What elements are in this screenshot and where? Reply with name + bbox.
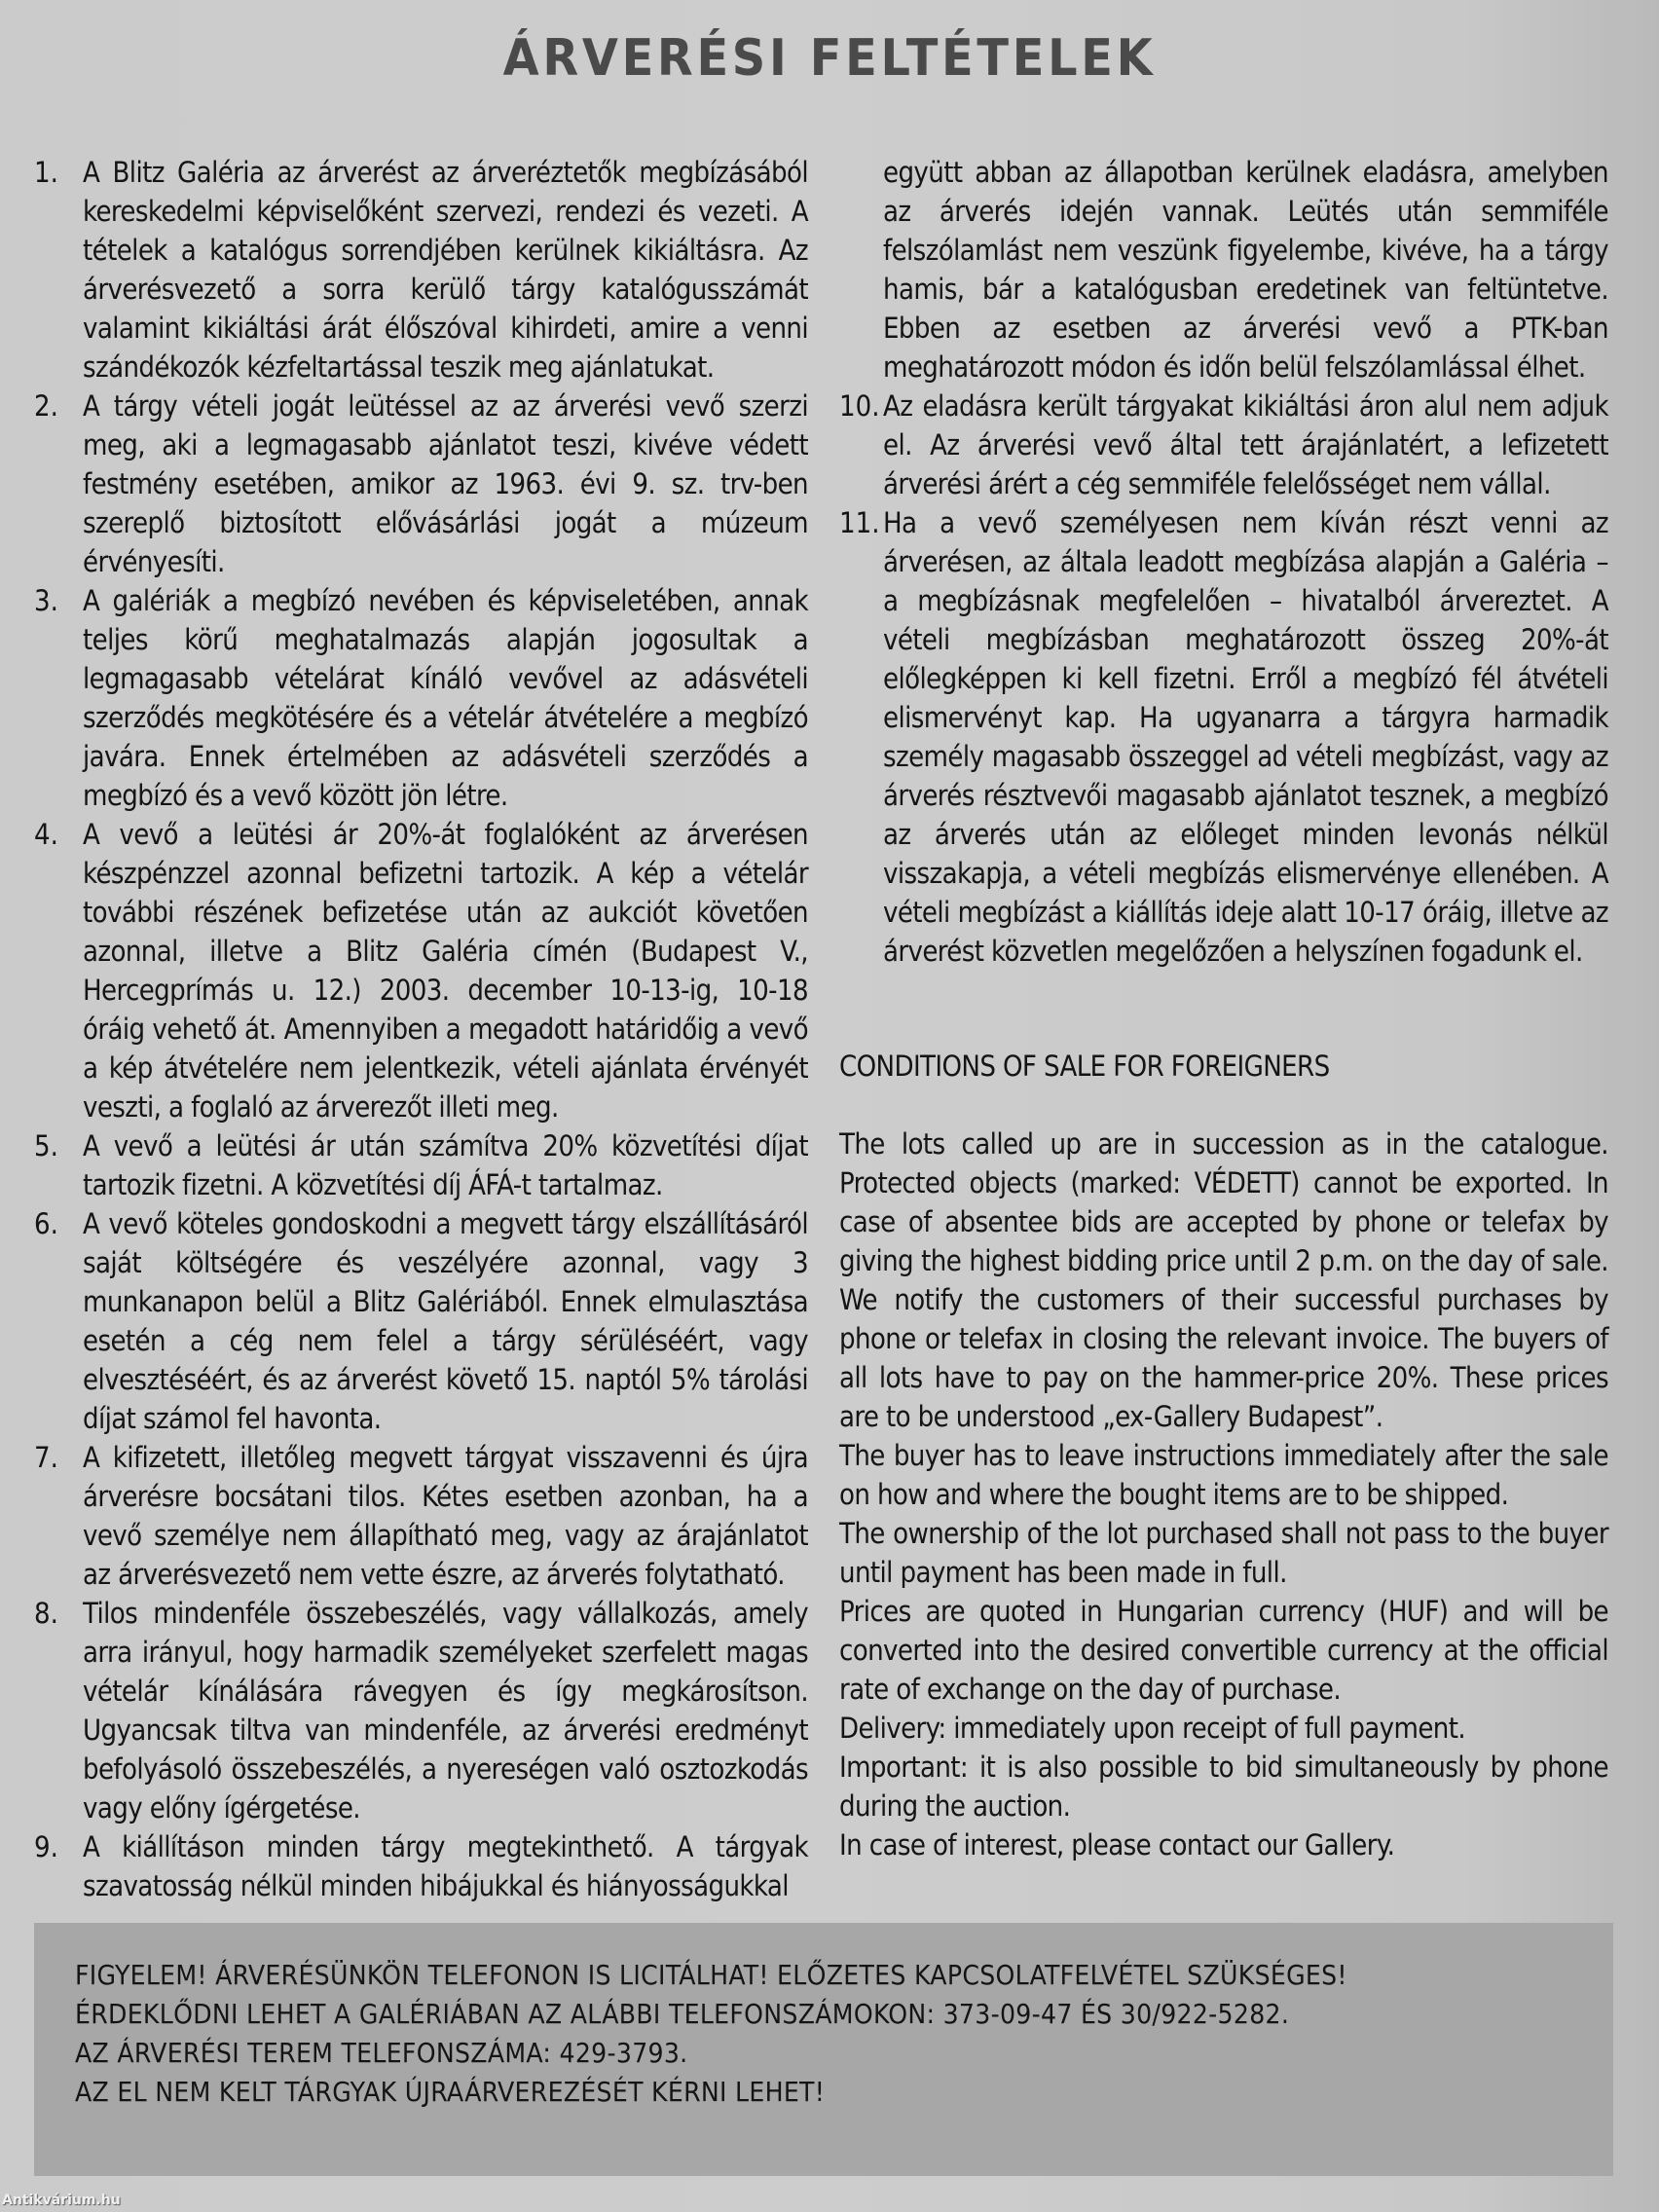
foreigners-paragraph: The lots called up are in succession as … (839, 1124, 1608, 1436)
condition-item-5: 5. A vevő a leütési ár után számítva 20%… (34, 1126, 808, 1204)
item-text: Ha a vevő személyesen nem kíván részt ve… (883, 503, 1608, 971)
item-number: 6. (34, 1204, 83, 1438)
item-text: A tárgy vételi jogát leütéssel az az árv… (83, 387, 808, 581)
condition-item-9: 9. A kiállításon minden tárgy megtekinth… (34, 1827, 808, 1905)
foreigners-paragraph: The buyer has to leave instructions imme… (839, 1436, 1608, 1514)
page-title: ÁRVERÉSI FELTÉTELEK (66, 29, 1593, 88)
item-number: 4. (34, 815, 83, 1126)
item-9-continuation: együtt abban az állapotban kerülnek elad… (839, 153, 1608, 387)
item-text: A vevő a leütési ár 20%-át foglalóként a… (83, 815, 808, 1126)
item-number: 3. (34, 581, 83, 815)
item-text: A galériák a megbízó nevében és képvisel… (83, 581, 808, 815)
foreigners-paragraph: Important: it is also possible to bid si… (839, 1748, 1608, 1825)
item-number: 1. (34, 153, 83, 387)
notice-line: FIGYELEM! ÁRVERÉSÜNKÖN TELEFONON IS LICI… (75, 1956, 1572, 1995)
condition-item-7: 7. A kifizetett, illetőleg megvett tárgy… (34, 1438, 808, 1594)
item-text: A Blitz Galéria az árverést az árverézte… (83, 153, 808, 387)
item-text: A kiállításon minden tárgy megtekinthető… (83, 1827, 808, 1905)
item-number: 11. (839, 503, 883, 971)
item-text: A vevő a leütési ár után számítva 20% kö… (83, 1126, 808, 1204)
condition-item-1: 1. A Blitz Galéria az árverést az árveré… (34, 153, 808, 387)
foreigners-paragraph: Delivery: immediately upon receipt of fu… (839, 1709, 1608, 1748)
item-text: A kifizetett, illetőleg megvett tárgyat … (83, 1438, 808, 1594)
notice-box: FIGYELEM! ÁRVERÉSÜNKÖN TELEFONON IS LICI… (34, 1923, 1613, 2176)
item-number: 5. (34, 1126, 83, 1204)
item-text: Az eladásra került tárgyakat kikiáltási … (883, 387, 1608, 503)
condition-item-3: 3. A galériák a megbízó nevében és képvi… (34, 581, 808, 815)
item-number: 10. (839, 387, 883, 503)
foreigners-heading: CONDITIONS OF SALE FOR FOREIGNERS (839, 1047, 1608, 1086)
foreigners-paragraph: The ownership of the lot purchased shall… (839, 1514, 1608, 1592)
item-text: A vevő köteles gondoskodni a megvett tár… (83, 1204, 808, 1438)
notice-line: AZ EL NEM KELT TÁRGYAK ÚJRAÁRVEREZÉSÉT K… (75, 2073, 1572, 2112)
left-column: 1. A Blitz Galéria az árverést az árveré… (34, 153, 808, 1905)
foreigners-paragraph: Prices are quoted in Hungarian currency … (839, 1592, 1608, 1709)
watermark: Antikvárium.hu (2, 2193, 121, 2208)
condition-item-2: 2. A tárgy vételi jogát leütéssel az az … (34, 387, 808, 581)
item-number: 7. (34, 1438, 83, 1594)
condition-item-6: 6. A vevő köteles gondoskodni a megvett … (34, 1204, 808, 1438)
notice-line: ÉRDEKLŐDNI LEHET A GALÉRIÁBAN AZ ALÁBBI … (75, 1995, 1572, 2034)
foreigners-paragraph: In case of interest, please contact our … (839, 1825, 1608, 1864)
condition-item-8: 8. Tilos mindenféle összebeszélés, vagy … (34, 1594, 808, 1827)
condition-item-11: 11. Ha a vevő személyesen nem kíván rész… (839, 503, 1608, 971)
foreigners-conditions: The lots called up are in succession as … (839, 1124, 1608, 1864)
item-number: 9. (34, 1827, 83, 1905)
item-number: 2. (34, 387, 83, 581)
condition-item-10: 10. Az eladásra került tárgyakat kikiált… (839, 387, 1608, 503)
condition-item-4: 4. A vevő a leütési ár 20%-át foglalókén… (34, 815, 808, 1126)
notice-line: AZ ÁRVERÉSI TEREM TELEFONSZÁMA: 429-3793… (75, 2034, 1572, 2073)
item-text: Tilos mindenféle összebeszélés, vagy vál… (83, 1594, 808, 1827)
item-number: 8. (34, 1594, 83, 1827)
right-column: együtt abban az állapotban kerülnek elad… (839, 153, 1608, 1864)
